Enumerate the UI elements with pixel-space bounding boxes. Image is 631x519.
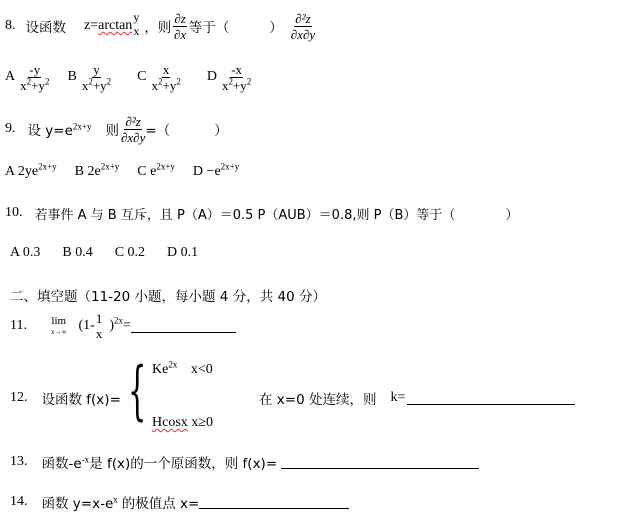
q14-suffix: 的极值点 x= xyxy=(122,492,200,512)
question-8: 8. 设函数 z= arctan y x ，则 ∂z ∂x 等于（ ） ∂²z … xyxy=(5,4,315,48)
q8-prefix: 设函数 xyxy=(26,16,67,36)
q12-case-1: Ke2x x<0 xyxy=(152,362,213,378)
q10-option-b[interactable]: B 0.4 xyxy=(62,245,92,261)
q14-prefix: 函数 y=x-ex xyxy=(42,492,118,512)
q9-second-partial: ∂²z ∂x∂y xyxy=(121,115,145,144)
question-13: 13. 函数-e-x 是 f(x)的一个原函数，则 f(x)= xyxy=(10,452,479,472)
q8-ask: 等于（ xyxy=(189,16,230,36)
q9-option-c[interactable]: C e2x+y xyxy=(137,164,175,180)
q9-ask: =（ xyxy=(145,119,170,139)
q14-answer-blank[interactable] xyxy=(199,507,349,509)
q12-number: 12. xyxy=(10,390,28,406)
q12-prefix: 设函数 f(x)= xyxy=(42,388,121,408)
q13-number: 13. xyxy=(10,454,28,470)
q12-k: k= xyxy=(390,390,405,406)
q12-brace: { xyxy=(128,359,146,423)
q13-answer-blank[interactable] xyxy=(281,467,479,469)
q8-number: 8. xyxy=(5,18,16,34)
q8-option-d[interactable]: D -x x2+y2 xyxy=(207,63,251,92)
q11-close: )2x= xyxy=(109,318,131,334)
q8-func-fraction: y x xyxy=(132,11,140,37)
question-10: 10. 若事件 A 与 B 互斥，且 P（A）＝0.5 P（AUB）＝0.8,则… xyxy=(5,203,518,223)
q8-func-lhs: z= xyxy=(84,18,98,34)
q9-number: 9. xyxy=(5,121,16,137)
q8-close: ） xyxy=(269,16,283,36)
q9-option-d[interactable]: D −e2x+y xyxy=(193,164,239,180)
q10-option-d[interactable]: D 0.1 xyxy=(167,245,198,261)
q10-options: A 0.3 B 0.4 C 0.2 D 0.1 xyxy=(10,244,198,262)
q12-case-2: Hcosx x≥0 xyxy=(152,415,213,431)
q11-answer-blank[interactable] xyxy=(131,331,236,333)
q11-number: 11. xyxy=(10,318,27,334)
q9-then: 则 xyxy=(105,119,119,139)
q8-option-c[interactable]: C x x2+y2 xyxy=(137,63,181,92)
q10-option-c[interactable]: C 0.2 xyxy=(115,245,145,261)
q13-prefix: 函数-e-x xyxy=(42,452,90,472)
q8-options: A -y x2+y2 B y x2+y2 C x x2+y2 D -x x2+y… xyxy=(5,60,251,94)
q9-option-b[interactable]: B 2e2x+y xyxy=(75,164,120,180)
q13-suffix: 是 f(x)的一个原函数，则 f(x)= xyxy=(89,452,277,472)
question-14: 14. 函数 y=x-ex 的极值点 x= xyxy=(10,492,349,512)
q8-mid: ，则 xyxy=(144,16,171,36)
q8-partial-fraction: ∂z ∂x xyxy=(173,12,186,41)
q9-options: A 2ye2x+y B 2e2x+y C e2x+y D −e2x+y xyxy=(5,163,239,181)
q12-suffix-row: 在 x=0 处连续，则 k= xyxy=(259,388,575,408)
q11-fraction: 1 x xyxy=(95,312,104,340)
q8-func-name: arctan xyxy=(98,18,132,34)
q11-open: (1- xyxy=(78,318,94,334)
q10-close: ） xyxy=(505,204,518,223)
section-2-title: 二、填空题（11-20 小题，每小题 4 分，共 40 分） xyxy=(10,285,326,305)
question-11: 11. lim x→∞ (1- 1 x )2x= xyxy=(10,306,236,346)
q9-prefix: 设 y=e2x+y xyxy=(28,119,92,139)
q8-option-b[interactable]: B y x2+y2 xyxy=(67,63,111,92)
q10-number: 10. xyxy=(5,205,23,221)
q12-answer-blank[interactable] xyxy=(407,403,575,405)
q14-number: 14. xyxy=(10,494,28,510)
q10-text: 若事件 A 与 B 互斥，且 P（A）＝0.5 P（AUB）＝0.8,则 P（B… xyxy=(35,204,456,223)
q9-option-a[interactable]: A 2ye2x+y xyxy=(5,164,57,180)
q12-suffix: 在 x=0 处连续，则 xyxy=(259,388,376,408)
q8-second-partial: ∂²z ∂x∂y xyxy=(291,12,315,41)
q9-close: ） xyxy=(214,119,228,139)
question-9: 9. 设 y=e2x+y 则 ∂²z ∂x∂y =（ ） xyxy=(5,108,228,150)
q10-option-a[interactable]: A 0.3 xyxy=(10,245,40,261)
question-12: 12. 设函数 f(x)= xyxy=(10,388,121,408)
q11-limit: lim x→∞ xyxy=(51,316,67,336)
q8-option-a[interactable]: A -y x2+y2 xyxy=(5,63,49,92)
